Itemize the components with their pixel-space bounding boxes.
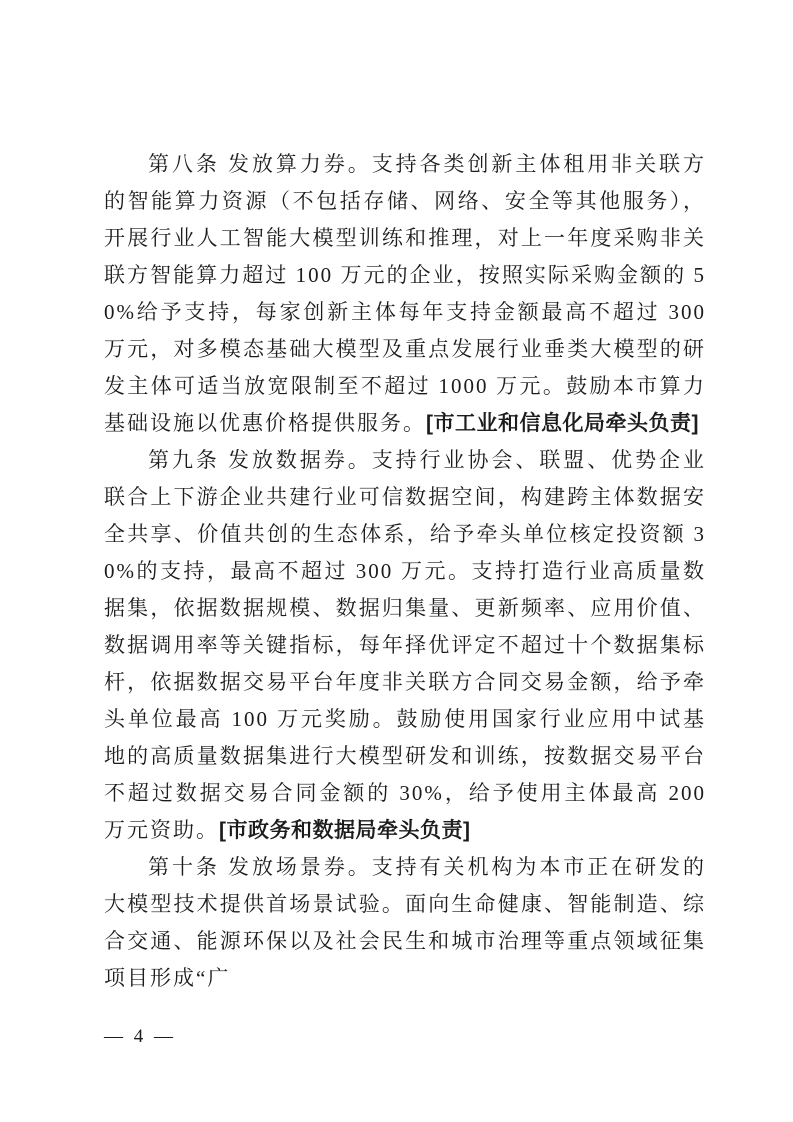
paragraph-article-10: 第十条 发放场景券。支持有关机构为本市正在研发的大模型技术提供首场景试验。面向生…	[104, 849, 706, 997]
paragraph-article-8: 第八条 发放算力券。支持各类创新主体租用非关联方的智能算力资源（不包括存储、网络…	[104, 146, 706, 442]
paragraph-text: 第九条 发放数据券。支持行业协会、联盟、优势企业联合上下游企业共建行业可信数据空…	[104, 448, 706, 842]
paragraph-text: 第十条 发放场景券。支持有关机构为本市正在研发的大模型技术提供首场景试验。面向生…	[104, 855, 706, 990]
paragraph-text: 第八条 发放算力券。支持各类创新主体租用非关联方的智能算力资源（不包括存储、网络…	[104, 152, 706, 435]
document-body: 第八条 发放算力券。支持各类创新主体租用非关联方的智能算力资源（不包括存储、网络…	[104, 146, 706, 997]
page-number: — 4 —	[104, 1026, 176, 1048]
paragraph-article-9: 第九条 发放数据券。支持行业协会、联盟、优势企业联合上下游企业共建行业可信数据空…	[104, 442, 706, 849]
responsible-unit-label: [市工业和信息化局牵头负责]	[426, 412, 699, 435]
responsible-unit-label: [市政务和数据局牵头负责]	[219, 819, 471, 842]
document-page: 第八条 发放算力券。支持各类创新主体租用非关联方的智能算力资源（不包括存储、网络…	[0, 0, 793, 1122]
